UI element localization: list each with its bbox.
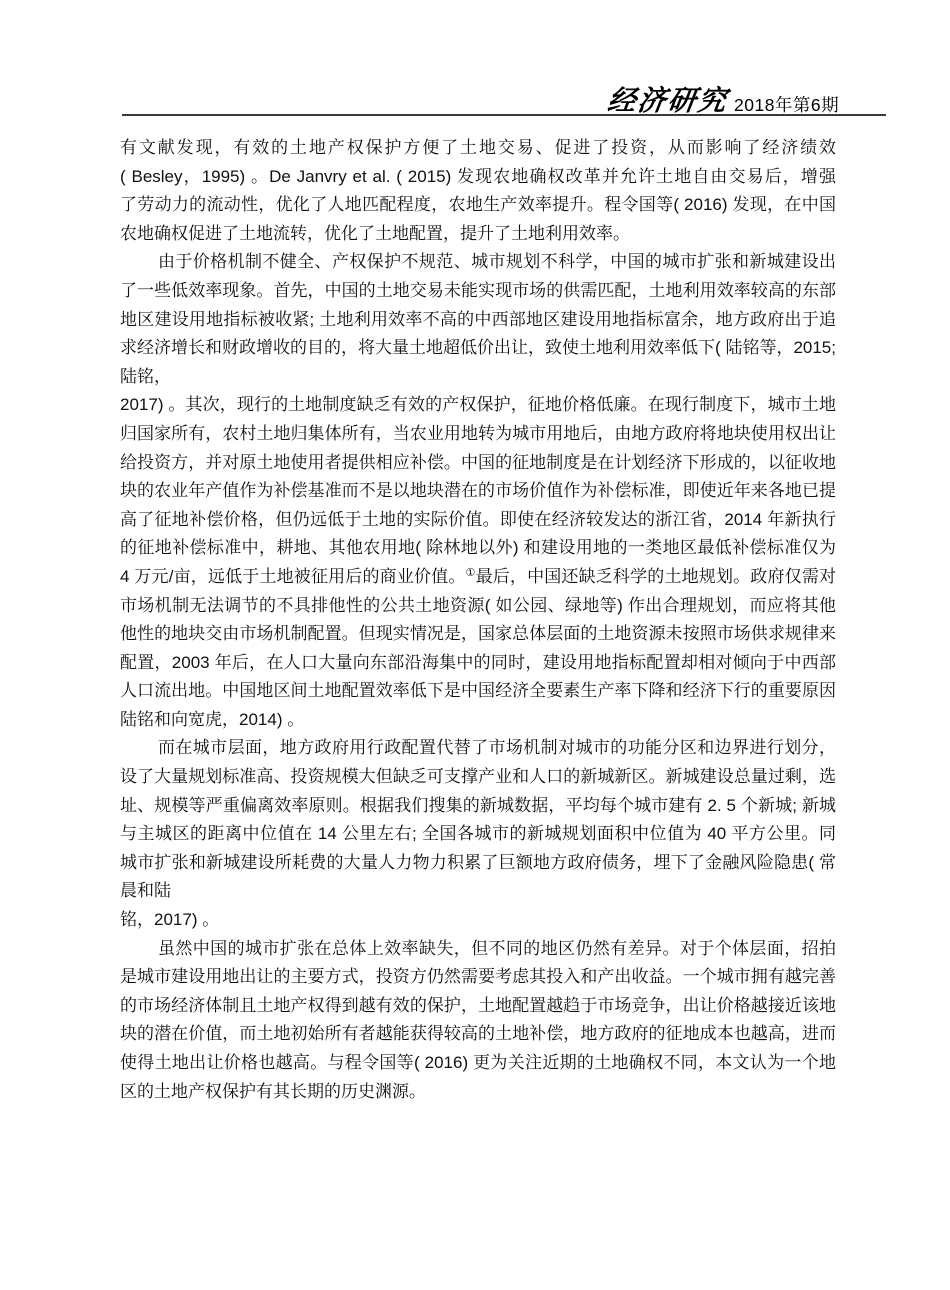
text-line: 市场机制无法调节的不具排他性的公共土地资源( 如公园、绿地等) 作出合理规划，而… — [120, 592, 836, 621]
text-line: 归国家所有，农村土地归集体所有，当农业用地转为城市用地后，由地方政府将地块使用权… — [120, 420, 836, 449]
header-rule — [122, 114, 886, 116]
text-line: 4 万元/亩，远低于土地被征用后的商业价值。①最后，中国还缺乏科学的土地规划。政… — [120, 563, 836, 592]
text-line: 陆铭和向宽虎，2014) 。 — [120, 706, 836, 735]
text-line: 给投资方，并对原土地使用者提供相应补偿。中国的征地制度是在计划经济下形成的，以征… — [120, 449, 836, 478]
text-line: 的市场经济体制且土地产权得到越有效的保护，土地配置越趋于市场竞争，出让价格越接近… — [120, 992, 836, 1021]
text-line: 有文献发现，有效的土地产权保护方便了土地交易、促进了投资，从而影响了经济绩效 — [120, 134, 836, 163]
text-line: 农地确权促进了土地流转，优化了土地配置，提升了土地利用效率。 — [120, 220, 836, 249]
journal-logo: 经济研究 — [605, 79, 731, 119]
text-line: 地区建设用地指标被收紧; 土地利用效率不高的中西部地区建设用地指标富余，地方政府… — [120, 306, 836, 335]
text-line: 址、规模等严重偏离效率原则。根据我们搜集的新城数据，平均每个城市建有 2. 5 … — [120, 792, 836, 821]
article-body: 有文献发现，有效的土地产权保护方便了土地交易、促进了投资，从而影响了经济绩效( … — [120, 134, 836, 1106]
text-line: 铭，2017) 。 — [120, 906, 836, 935]
text-line: 了一些低效率现象。首先，中国的土地交易未能实现市场的供需匹配，土地利用效率较高的… — [120, 277, 836, 306]
text-line: 人口流出地。中国地区间土地配置效率低下是中国经济全要素生产率下降和经济下行的重要… — [120, 677, 836, 706]
text-line: 晨和陆 — [120, 877, 836, 906]
text-line: 块的潜在价值，而土地初始所有者越能获得较高的土地补偿，地方政府的征地成本也越高，… — [120, 1020, 836, 1049]
text-line: 与主城区的距离中位值在 14 公里左右; 全国各城市的新城规划面积中位值为 40… — [120, 820, 836, 849]
text-line: 块的农业年产值作为补偿基准而不是以地块潜在的市场价值作为补偿标准，即使近年来各地… — [120, 477, 836, 506]
text-line: 区的土地产权保护有其长期的历史渊源。 — [120, 1078, 836, 1107]
text-line: 使得土地出让价格也越高。与程令国等( 2016) 更为关注近期的土地确权不同，本… — [120, 1049, 836, 1078]
text-line: 了劳动力的流动性，优化了人地匹配程度，农地生产效率提升。程令国等( 2016) … — [120, 191, 836, 220]
text-line: 配置，2003 年后，在人口大量向东部沿海集中的同时，建设用地指标配置却相对倾向… — [120, 649, 836, 678]
page: 经济研究 2018年第6期 有文献发现，有效的土地产权保护方便了土地交易、促进了… — [0, 0, 950, 1290]
text-line: 他性的地块交由市场机制配置。但现实情况是，国家总体层面的土地资源未按照市场供求规… — [120, 620, 836, 649]
text-line: 求经济增长和财政增收的目的，将大量土地超低价出让，致使土地利用效率低下( 陆铭等… — [120, 334, 836, 363]
text-line: 而在城市层面，地方政府用行政配置代替了市场机制对城市的功能分区和边界进行划分，建 — [120, 734, 836, 763]
text-line: ( Besley，1995) 。De Janvry et al. ( 2015)… — [120, 163, 836, 192]
text-line: 是城市建设用地出让的主要方式，投资方仍然需要考虑其投入和产出收益。一个城市拥有越… — [120, 963, 836, 992]
footnote-marker: ① — [466, 567, 476, 579]
text-line: 虽然中国的城市扩张在总体上效率缺失，但不同的地区仍然有差异。对于个体层面，招拍挂 — [120, 935, 836, 964]
text-line: 的征地补偿标准中，耕地、其他农用地( 除林地以外) 和建设用地的一类地区最低补偿… — [120, 534, 836, 563]
text-line: 设了大量规划标准高、投资规模大但缺乏可支撑产业和人口的新城新区。新城建设总量过剩… — [120, 763, 836, 792]
text-line: 陆铭， — [120, 363, 836, 392]
text-line: 高了征地补偿价格，但仍远低于土地的实际价值。即使在经济较发达的浙江省，2014 … — [120, 506, 836, 535]
text-line: 由于价格机制不健全、产权保护不规范、城市规划不科学，中国的城市扩张和新城建设出现 — [120, 248, 836, 277]
text-line: 城市扩张和新城建设所耗费的大量人力物力积累了巨额地方政府债务，埋下了金融风险隐患… — [120, 849, 836, 878]
text-line: 2017) 。其次，现行的土地制度缺乏有效的产权保护，征地价格低廉。在现行制度下… — [120, 391, 836, 420]
